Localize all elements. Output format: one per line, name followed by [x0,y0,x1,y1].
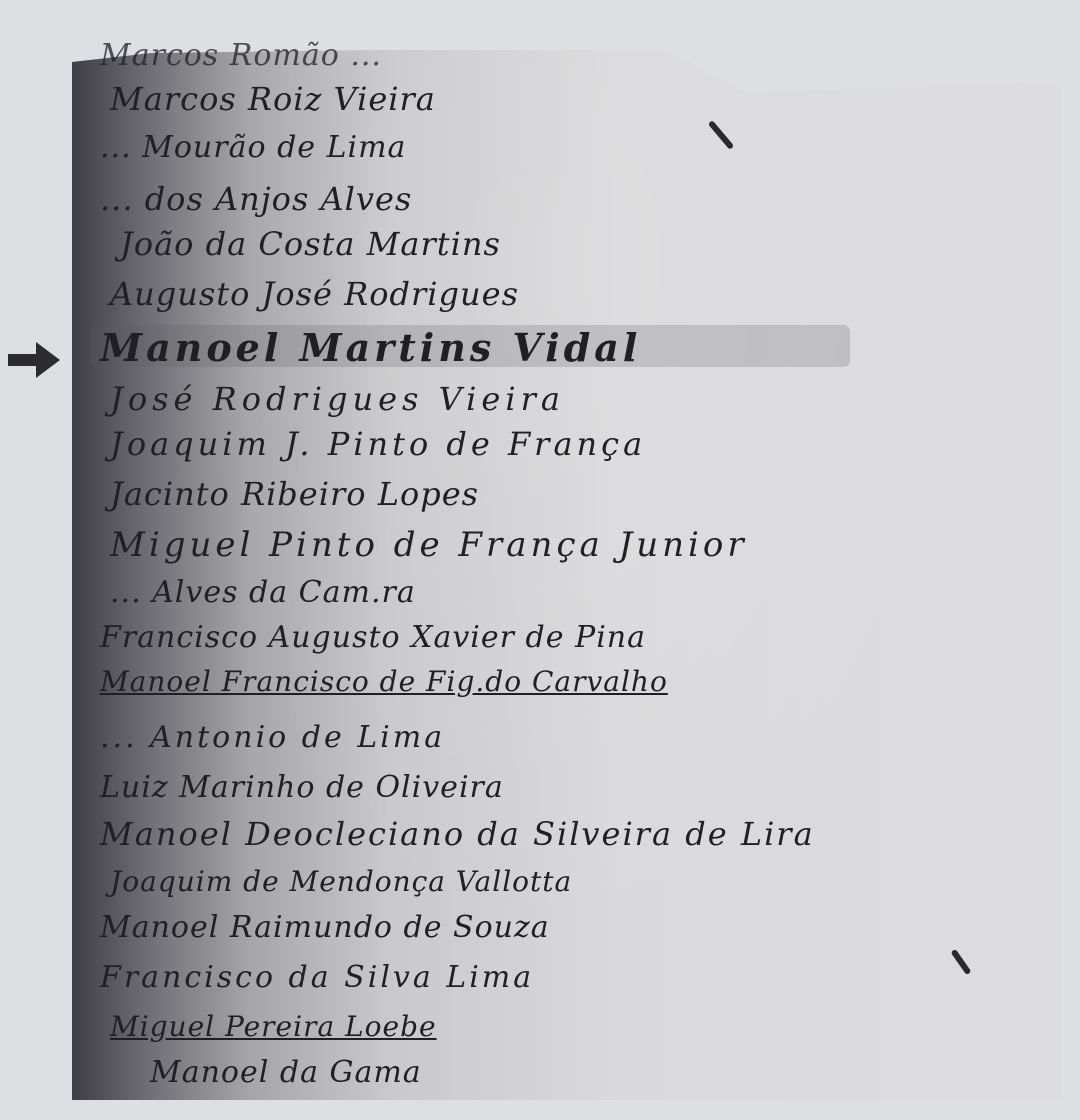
list-item: Marcos Roiz Vieira [110,80,436,118]
list-item: Manoel da Gama [150,1055,422,1090]
list-item: Miguel Pinto de França Junior [110,525,748,565]
list-item: Manoel Raimundo de Souza [100,910,550,945]
list-item: ... dos Anjos Alves [100,180,412,218]
list-item: João da Costa Martins [120,225,501,263]
list-item: ... Alves da Cam.ra [110,575,416,610]
list-item: Francisco Augusto Xavier de Pina [100,620,646,655]
list-item: Joaquim J. Pinto de França [110,425,646,463]
list-item: Marcos Romão ... [100,38,382,73]
list-item: ... Antonio de Lima [100,720,445,755]
list-item: Manoel Francisco de Fig.do Carvalho [100,665,668,698]
list-item: Francisco da Silva Lima [100,960,534,995]
list-item: Jacinto Ribeiro Lopes [110,475,479,513]
list-item-highlighted: Manoel Martins Vidal [100,325,641,370]
list-item: Miguel Pereira Loebe [110,1010,437,1043]
arrow-right-icon [6,338,62,382]
list-item: Manoel Deocleciano da Silveira de Lira [100,815,815,853]
list-item: ... Mourão de Lima [100,130,406,165]
list-item: José Rodrigues Vieira [110,380,565,418]
list-item: Luiz Marinho de Oliveira [100,770,504,805]
list-item: Augusto José Rodrigues [110,275,519,313]
list-item: Joaquim de Mendonça Vallotta [110,865,572,898]
